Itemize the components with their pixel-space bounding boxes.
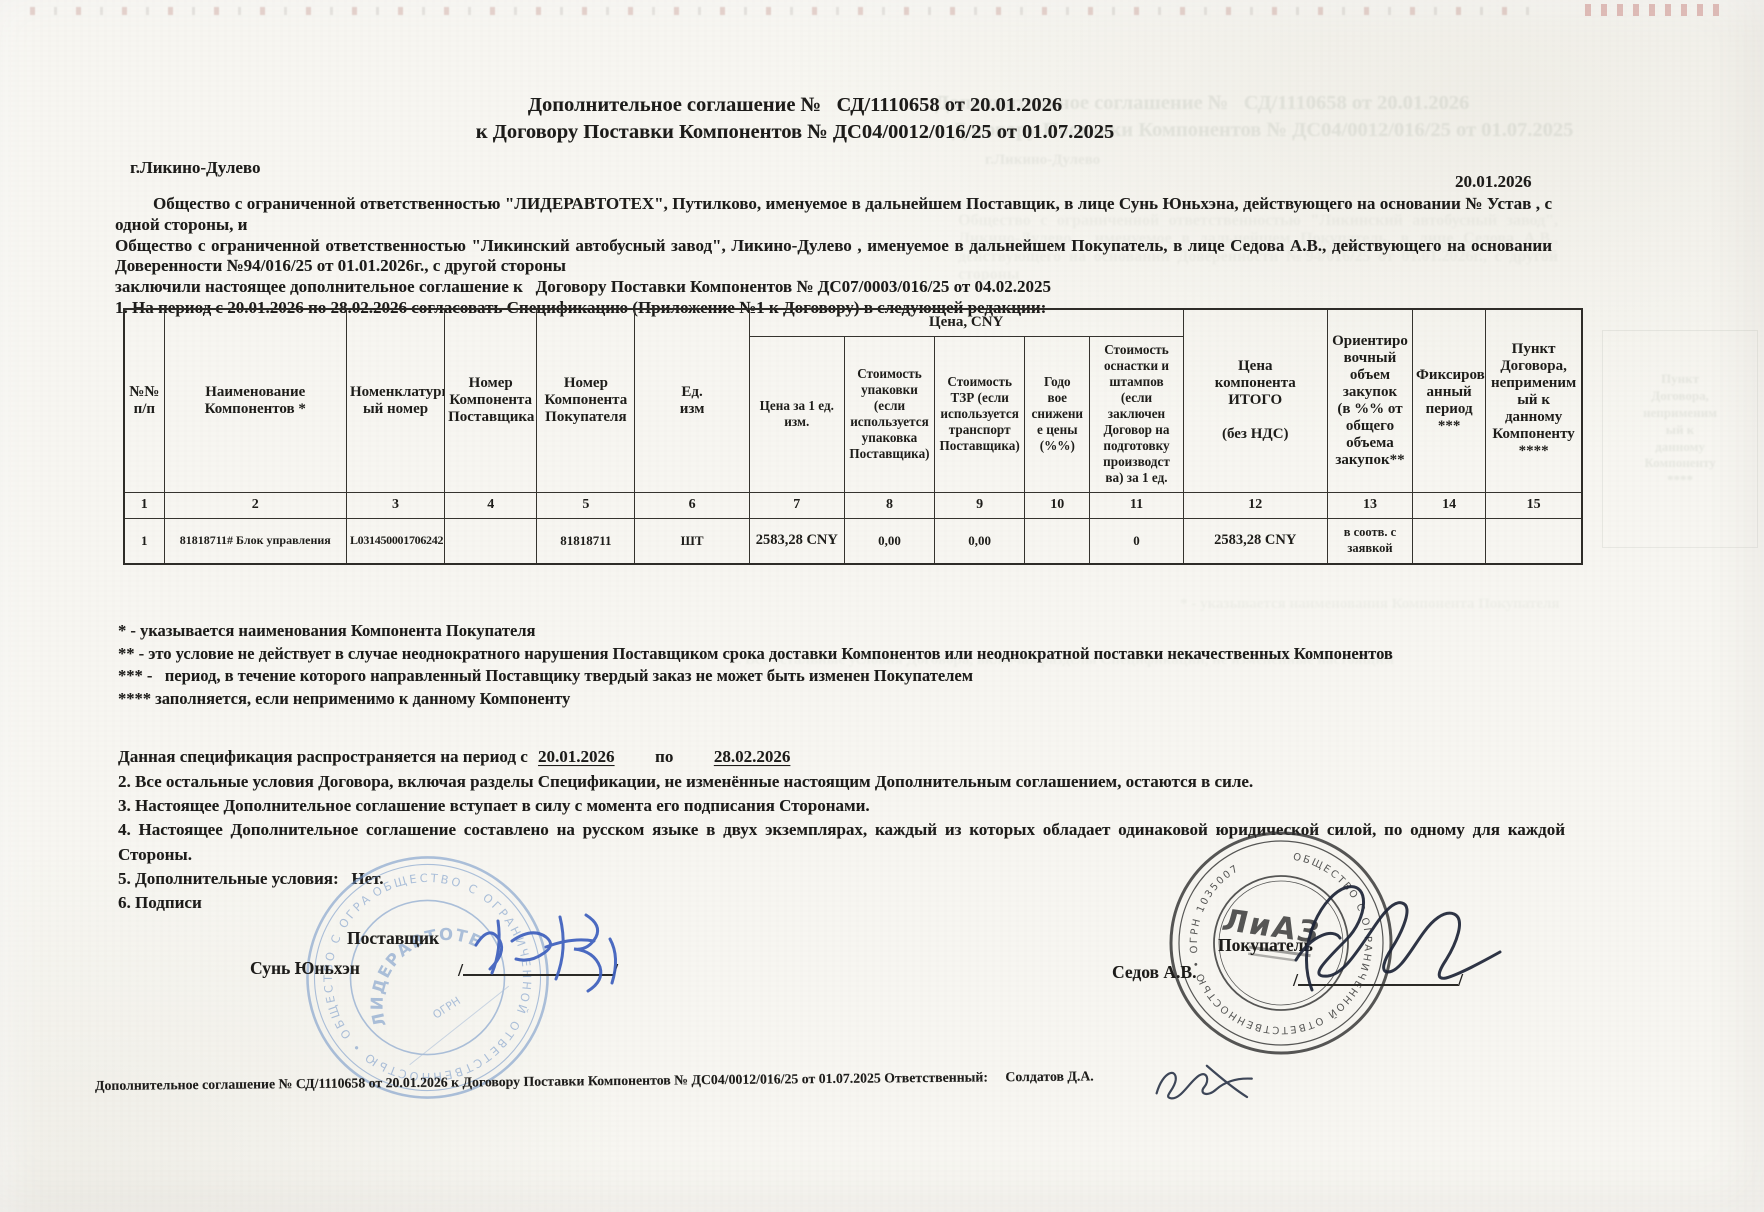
col-header-7: Цена за 1 ед. изм. bbox=[749, 336, 844, 492]
cell-buyer-number: 81818711 bbox=[537, 518, 635, 564]
preamble: Общество с ограниченной ответственностью… bbox=[115, 194, 1552, 319]
footer-text: Дополнительное соглашение № СД/1110658 о… bbox=[95, 1069, 988, 1093]
document-date: 20.01.2026 bbox=[1455, 172, 1532, 192]
col-num-11: 11 bbox=[1090, 492, 1183, 518]
scan-noise-strip bbox=[30, 7, 1530, 15]
footnote-2: ** - это условие не действует в случае н… bbox=[118, 643, 1565, 666]
cell-nomenclature-number: L031450001706242 bbox=[346, 518, 444, 564]
col-num-6: 6 bbox=[635, 492, 749, 518]
table-row: 1 81818711# Блок управления L03145000170… bbox=[124, 518, 1582, 564]
cell-component-name: 81818711# Блок управления bbox=[164, 518, 346, 564]
supplier-handwritten-signature bbox=[462, 905, 632, 997]
col-header-2: Наименование Компонентов * bbox=[164, 309, 346, 492]
scan-noise-corner bbox=[1585, 4, 1725, 16]
paragraph-supplier: Общество с ограниченной ответственностью… bbox=[115, 194, 1552, 236]
cell-unit-price: 2583,28 CNY bbox=[749, 518, 844, 564]
cell-supplier-number bbox=[445, 518, 537, 564]
paragraph-buyer: Общество с ограниченной ответственностью… bbox=[115, 236, 1552, 278]
col-header-4: Номер Компонента Поставщика bbox=[445, 309, 537, 492]
document-title-line2: к Договору Поставки Компонентов № ДС04/0… bbox=[115, 119, 1475, 146]
col-header-9: Стоимость ТЗР (если используется транспо… bbox=[935, 336, 1025, 492]
footnote-4: **** заполняется, если неприменимо к дан… bbox=[118, 688, 1565, 711]
cell-unit: ШТ bbox=[635, 518, 749, 564]
col-num-2: 2 bbox=[164, 492, 346, 518]
responsible-handwritten-signature bbox=[1146, 1054, 1261, 1112]
specification-period-line: Данная спецификация распространяется на … bbox=[118, 747, 796, 767]
col-header-12: Цена компонента ИТОГО (без НДС) bbox=[1183, 309, 1327, 492]
col-header-1: №№ п/п bbox=[124, 309, 164, 492]
ghost-city-bleed: г.Ликино-Дулево bbox=[985, 152, 1100, 169]
spec-period-middle: по bbox=[655, 747, 673, 766]
footnotes: * - указывается наименования Компонента … bbox=[118, 620, 1565, 710]
document-title-line1: Дополнительное соглашение № СД/1110658 о… bbox=[115, 92, 1475, 119]
col-num-14: 14 bbox=[1413, 492, 1486, 518]
document-title: Дополнительное соглашение № СД/1110658 о… bbox=[115, 92, 1475, 146]
supplier-name: Сунь Юньхэн bbox=[250, 958, 360, 979]
supplier-role-label: Поставщик bbox=[347, 928, 439, 949]
cell-inapplicable-clause bbox=[1486, 518, 1582, 564]
table-group-header-row: №№ п/п Наименование Компонентов * Номенк… bbox=[124, 309, 1582, 336]
cell-annual-reduction bbox=[1025, 518, 1090, 564]
col-num-1: 1 bbox=[124, 492, 164, 518]
footnote-3: *** - период, в течение которого направл… bbox=[118, 665, 1565, 688]
buyer-name: Седов А.В. bbox=[1112, 962, 1196, 983]
col-header-3: Номенклатурн ый номер bbox=[346, 309, 444, 492]
footnote-1: * - указывается наименования Компонента … bbox=[118, 620, 1565, 643]
col-header-15: Пункт Договора, неприменим ый к данному … bbox=[1486, 309, 1582, 492]
cell-row-number: 1 bbox=[124, 518, 164, 564]
cell-purchase-volume: в соотв. с заявкой bbox=[1327, 518, 1412, 564]
city-label: г.Ликино-Дулево bbox=[130, 158, 260, 178]
col-num-9: 9 bbox=[935, 492, 1025, 518]
col-num-4: 4 bbox=[445, 492, 537, 518]
ghost-row-bleed: * - указывается наименования Компонента … bbox=[1180, 596, 1610, 620]
spec-period-prefix: Данная спецификация распространяется на … bbox=[118, 747, 528, 766]
col-header-8: Стоимость упаковки (если используется уп… bbox=[844, 336, 934, 492]
column-number-row: 1 2 3 4 5 6 7 8 9 10 11 12 13 14 15 bbox=[124, 492, 1582, 518]
cell-fixed-period bbox=[1413, 518, 1486, 564]
col-header-14: Фиксиров анный период *** bbox=[1413, 309, 1486, 492]
cell-tooling-cost: 0 bbox=[1090, 518, 1183, 564]
paragraph-conclusion: заключили настоящее дополнительное согла… bbox=[115, 277, 1552, 298]
scanned-document-page: Дополнительное соглашение № СД/1110658 о… bbox=[0, 0, 1764, 1212]
col-header-10: Годо вое снижени е цены (%%) bbox=[1025, 336, 1090, 492]
col-num-10: 10 bbox=[1025, 492, 1090, 518]
clause-3: 3. Настоящее Дополнительное соглашение в… bbox=[118, 794, 1565, 818]
price-group-header: Цена, CNY bbox=[749, 309, 1183, 336]
col-num-3: 3 bbox=[346, 492, 444, 518]
spec-period-date-to: 28.02.2026 bbox=[714, 747, 791, 766]
col-num-13: 13 bbox=[1327, 492, 1412, 518]
clause-2: 2. Все остальные условия Договора, включ… bbox=[118, 770, 1565, 794]
col-header-5: Номер Компонента Покупателя bbox=[537, 309, 635, 492]
col-num-7: 7 bbox=[749, 492, 844, 518]
col-num-12: 12 bbox=[1183, 492, 1327, 518]
supplier-stamp-ogrn-text: ОГРН bbox=[430, 994, 462, 1021]
cell-packaging-cost: 0,00 bbox=[844, 518, 934, 564]
col-header-6: Ед. изм bbox=[635, 309, 749, 492]
ghost-table-column-bleed: Пункт Договора, неприменим ый к данному … bbox=[1602, 330, 1758, 548]
col-header-13: Ориентиро вочный объем закупок (в %% от … bbox=[1327, 309, 1412, 492]
col-num-15: 15 bbox=[1486, 492, 1582, 518]
cell-transport-cost: 0,00 bbox=[935, 518, 1025, 564]
col-header-11: Стоимость оснастки и штампов (если заклю… bbox=[1090, 336, 1183, 492]
footer-responsible-name: Солдатов Д.А. bbox=[1005, 1068, 1093, 1084]
buyer-handwritten-signature bbox=[1282, 872, 1507, 994]
spec-period-date-from: 20.01.2026 bbox=[538, 747, 615, 766]
cell-total-price: 2583,28 CNY bbox=[1183, 518, 1327, 564]
col-num-5: 5 bbox=[537, 492, 635, 518]
col-num-8: 8 bbox=[844, 492, 934, 518]
specification-table: №№ п/п Наименование Компонентов * Номенк… bbox=[123, 308, 1583, 565]
